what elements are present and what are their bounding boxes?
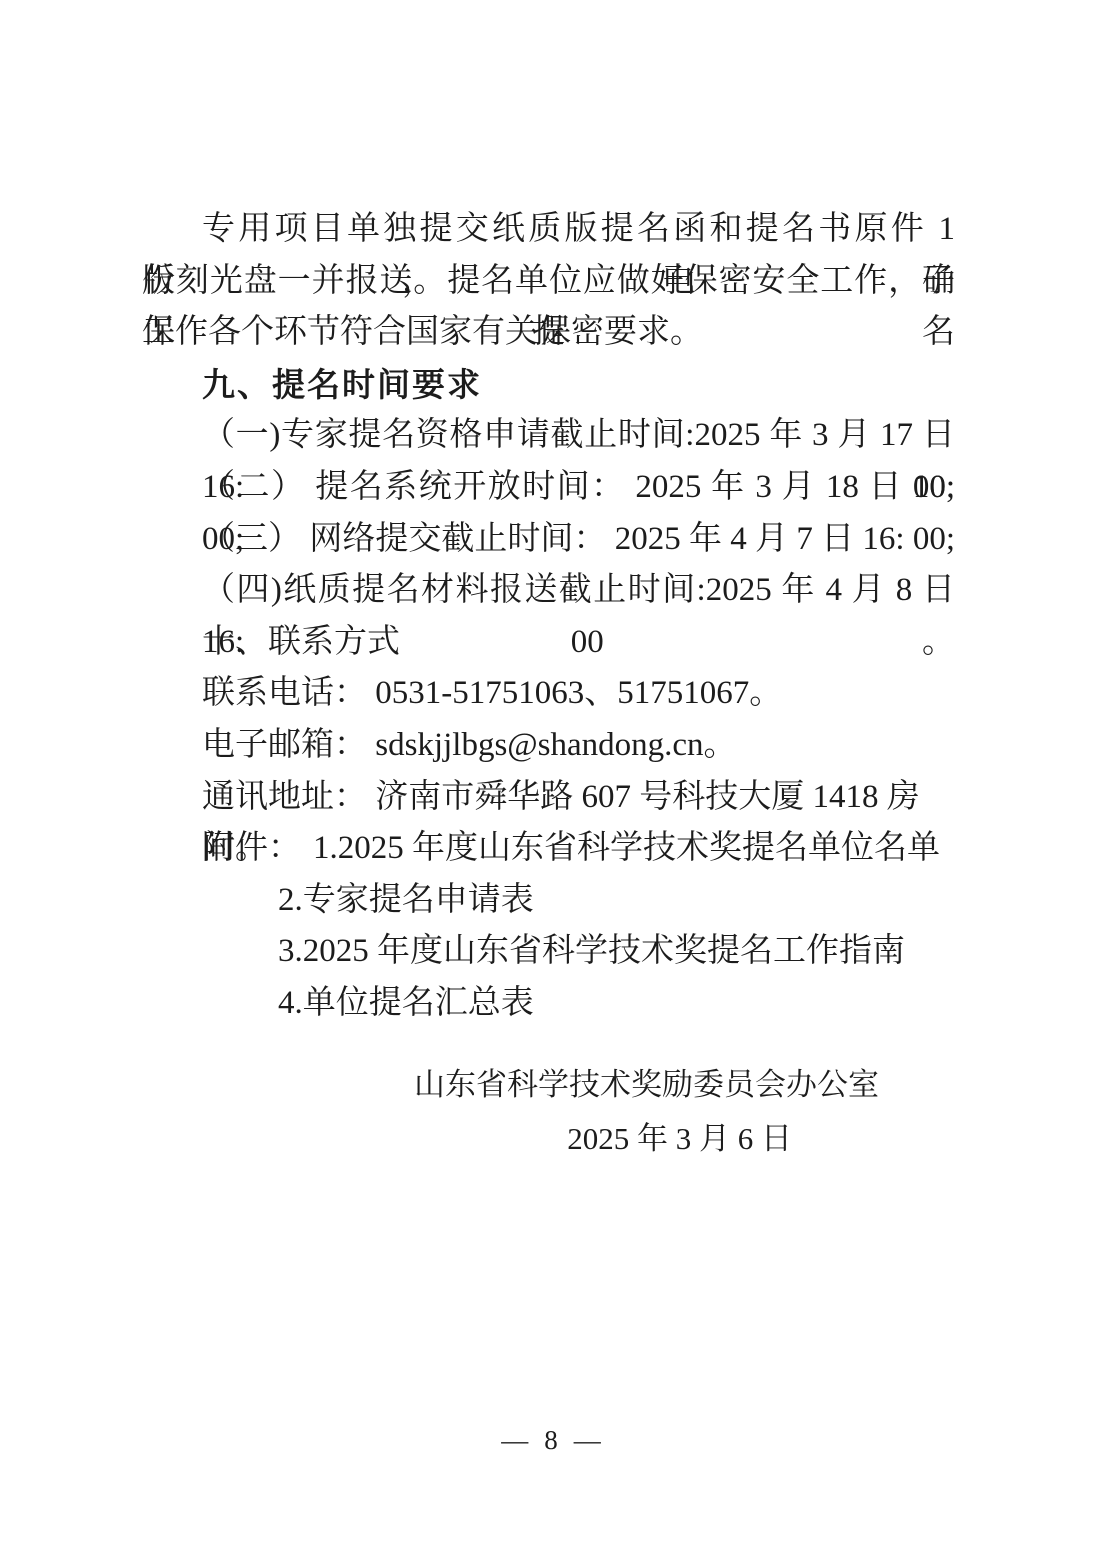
signature-date-line: 2025 年 3 月 6 日: [142, 1112, 955, 1166]
attachment-item-3: 3.2025 年度山东省科学技术奖提名工作指南: [142, 926, 955, 978]
footer-dash-left: —: [501, 1425, 528, 1455]
deadline-item-4: （四)纸质提名材料报送截止时间:2025 年 4 月 8 日 16: 00。: [142, 565, 955, 617]
deadline-item-1: （一)专家提名资格申请截止时间:2025 年 3 月 17 日 16: 00;: [142, 410, 955, 462]
contact-email-line: 电子邮箱： sdskjjlbgs@shandong.cn。: [142, 720, 955, 772]
deadline-item-3: （三） 网络提交截止时间： 2025 年 4 月 7 日 16: 00;: [142, 514, 955, 566]
signature-gap: [142, 1030, 955, 1058]
footer-dash-right: —: [574, 1425, 601, 1455]
deadline-item-2: （二） 提名系统开放时间： 2025 年 3 月 18 日 10: 00;: [142, 462, 955, 514]
section-9-heading: 九、提名时间要求: [142, 359, 955, 411]
contact-phone-line: 联系电话： 0531-51751063、51751067。: [142, 668, 955, 720]
page-footer: —8—: [0, 1424, 1102, 1456]
document-body: 专用项目单独提交纸质版提名函和提名书原件 1 份，电子 版刻光盘一并报送。提名单…: [142, 204, 955, 1166]
page-number: 8: [544, 1425, 558, 1455]
attachment-item-4: 4.单位提名汇总表: [142, 978, 955, 1030]
signature-org-line: 山东省科学技术奖励委员会办公室: [142, 1058, 955, 1112]
paragraph-secrecy-line-1: 专用项目单独提交纸质版提名函和提名书原件 1 份，电子: [142, 204, 955, 256]
contact-address-line: 通讯地址： 济南市舜华路 607 号科技大厦 1418 房间。: [142, 772, 955, 824]
attachment-item-1: 1.2025 年度山东省科学技术奖提名单位名单: [313, 830, 940, 866]
attachments-line-1: 附件：1.2025 年度山东省科学技术奖提名单位名单: [142, 823, 955, 875]
attachment-item-2: 2.专家提名申请表: [142, 875, 955, 927]
attachments-label: 附件：: [202, 830, 301, 866]
document-page: 专用项目单独提交纸质版提名函和提名书原件 1 份，电子 版刻光盘一并报送。提名单…: [0, 0, 1102, 1559]
paragraph-secrecy-line-2: 版刻光盘一并报送。提名单位应做好保密安全工作，确保提名: [142, 256, 955, 308]
